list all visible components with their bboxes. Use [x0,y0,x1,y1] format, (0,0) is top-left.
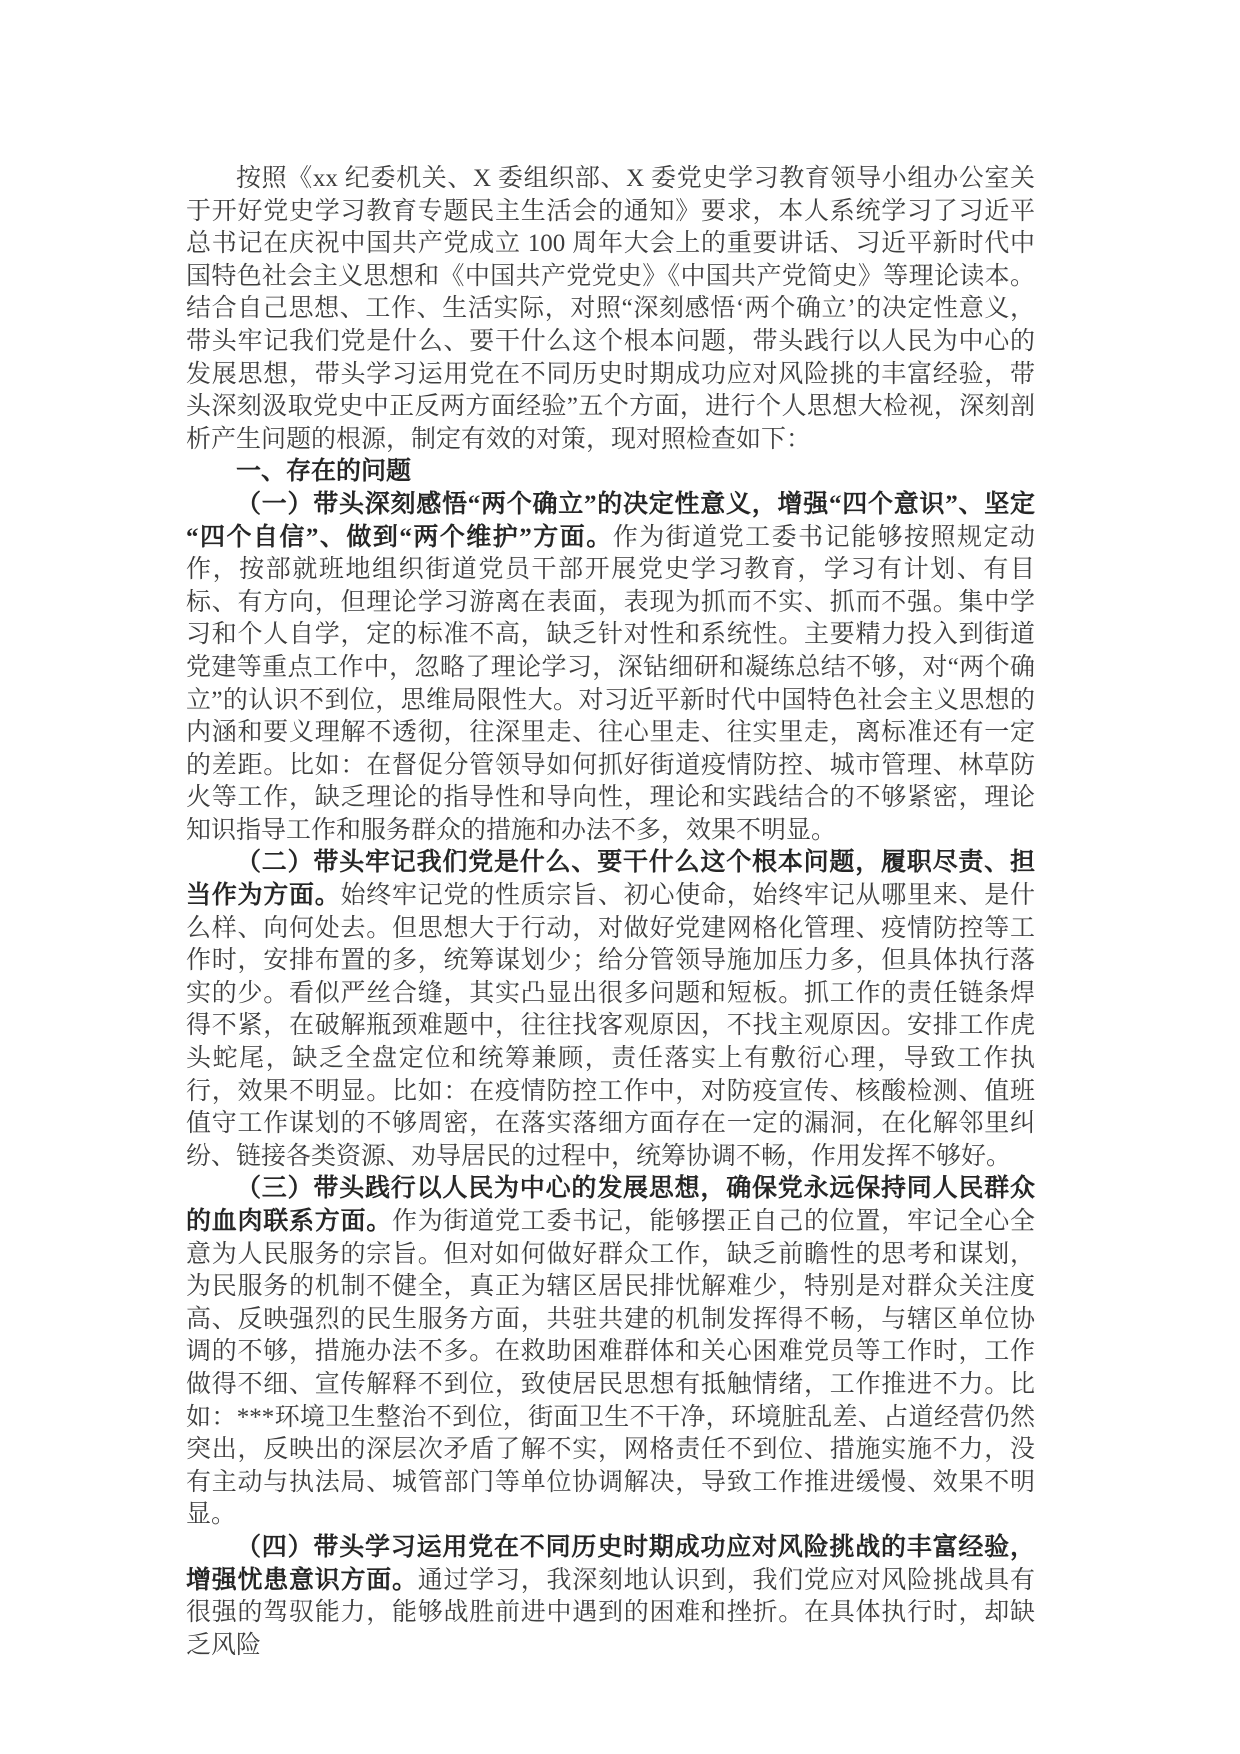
item-2-body: 始终牢记党的性质宗旨、初心使命，始终牢记从哪里来、是什么样、向何处去。但思想大于… [186,882,1035,1170]
intro-paragraph: 按照《xx 纪委机关、X 委组织部、X 委党史学习教育领导小组办公室关于开好党史… [186,163,1035,456]
item-3-body: 作为街道党工委书记，能够摆正自己的位置，牢记全心全意为人民服务的宗旨。但对如何做… [186,1208,1035,1528]
section-heading: 一、存在的问题 [186,456,1035,489]
item-paragraph-1: （一）带头深刻感悟“两个确立”的决定性意义，增强“四个意识”、坚定“四个自信”、… [186,489,1035,848]
item-paragraph-3: （三）带头践行以人民为中心的发展思想，确保党永远保持同人民群众的血肉联系方面。作… [186,1173,1035,1532]
item-paragraph-4: （四）带头学习运用党在不同历史时期成功应对风险挑战的丰富经验，增强忧患意识方面。… [186,1532,1035,1662]
item-1-body: 作为街道党工委书记能够按照规定动作，按部就班地组织街道党员干部开展党史学习教育，… [186,524,1035,844]
item-paragraph-2: （二）带头牢记我们党是什么、要干什么这个根本问题，履职尽责、担当作为方面。始终牢… [186,847,1035,1173]
document-page: 按照《xx 纪委机关、X 委组织部、X 委党史学习教育领导小组办公室关于开好党史… [0,0,1240,1754]
